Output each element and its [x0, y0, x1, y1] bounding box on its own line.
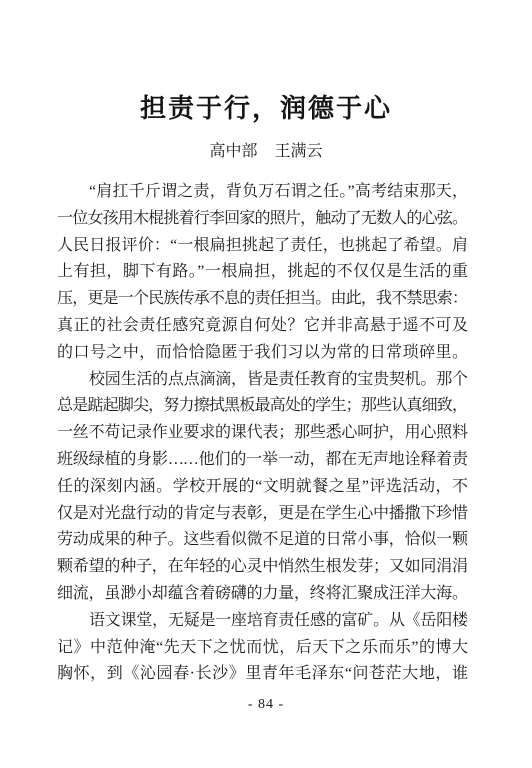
text-line: 一丝不苟记录作业要求的课代表；那些悉心呵护，用心照料	[57, 420, 467, 447]
text-line: 上有担，脚下有路。”一根扁担，挑起的不仅仅是生活的重	[57, 259, 467, 286]
text-line: 班级绿植的身影……他们的一举一动，都在无声地诠释着责	[57, 447, 467, 474]
text-line: 颗希望的种子，在年轻的心灵中悄然生根发芽；又如同涓涓	[57, 554, 467, 581]
text-line: 总是踮起脚尖，努力擦拭黑板最高处的学生；那些认真细致，	[57, 393, 467, 420]
document-page: 担责于行，润德于心 高中部 王满云 “肩扛千斤谓之责，背负万石谓之任。”高考结束…	[0, 0, 532, 768]
page-title: 担责于行，润德于心	[0, 94, 532, 124]
byline-author: 王满云	[275, 143, 323, 161]
text-line: 人民日报评价：“一根扁担挑起了责任，也挑起了希望。肩	[57, 233, 467, 260]
page-number: - 84 -	[0, 697, 532, 713]
text-line: 压，更是一个民族传承不息的责任担当。由此，我不禁思索：	[57, 286, 467, 313]
text-line: 校园生活的点点滴滴，皆是责任教育的宝贵契机。那个	[57, 367, 467, 394]
text-line: 劳动成果的种子。这些看似微不足道的日常小事，恰似一颗	[57, 527, 467, 554]
paragraph: 校园生活的点点滴滴，皆是责任教育的宝贵契机。那个总是踮起脚尖，努力擦拭黑板最高处…	[57, 367, 467, 608]
text-line: 细流，虽渺小却蕴含着磅礴的力量，终将汇聚成汪洋大海。	[57, 581, 467, 608]
body-text: “肩扛千斤谓之责，背负万石谓之任。”高考结束那天，一位女孩用木棍挑着行李回家的照…	[57, 179, 467, 688]
text-line: 任的深刻内涵。学校开展的“文明就餐之星”评选活动，不	[57, 474, 467, 501]
text-line: 仅是对光盘行动的肯定与表彰，更是在学生心中播撒下珍惜	[57, 501, 467, 528]
paragraph: 语文课堂，无疑是一座培育责任感的富矿。从《岳阳楼记》中范仲淹“先天下之忧而忧，后…	[57, 608, 467, 688]
text-line: 记》中范仲淹“先天下之忧而忧，后天下之乐而乐”的博大	[57, 635, 467, 662]
text-line: 真正的社会责任感究竟源自何处？它并非高悬于遥不可及	[57, 313, 467, 340]
text-line: 一位女孩用木棍挑着行李回家的照片，触动了无数人的心弦。	[57, 206, 467, 233]
text-line: 的口号之中，而恰恰隐匿于我们习以为常的日常琐碎里。	[57, 340, 467, 367]
text-line: 语文课堂，无疑是一座培育责任感的富矿。从《岳阳楼	[57, 608, 467, 635]
text-line: 胸怀，到《沁园春·长沙》里青年毛泽东“问苍茫大地，谁	[57, 661, 467, 688]
paragraph: “肩扛千斤谓之责，背负万石谓之任。”高考结束那天，一位女孩用木棍挑着行李回家的照…	[57, 179, 467, 367]
byline: 高中部 王满云	[0, 143, 532, 161]
text-line: “肩扛千斤谓之责，背负万石谓之任。”高考结束那天，	[57, 179, 467, 206]
byline-department: 高中部	[209, 143, 257, 161]
